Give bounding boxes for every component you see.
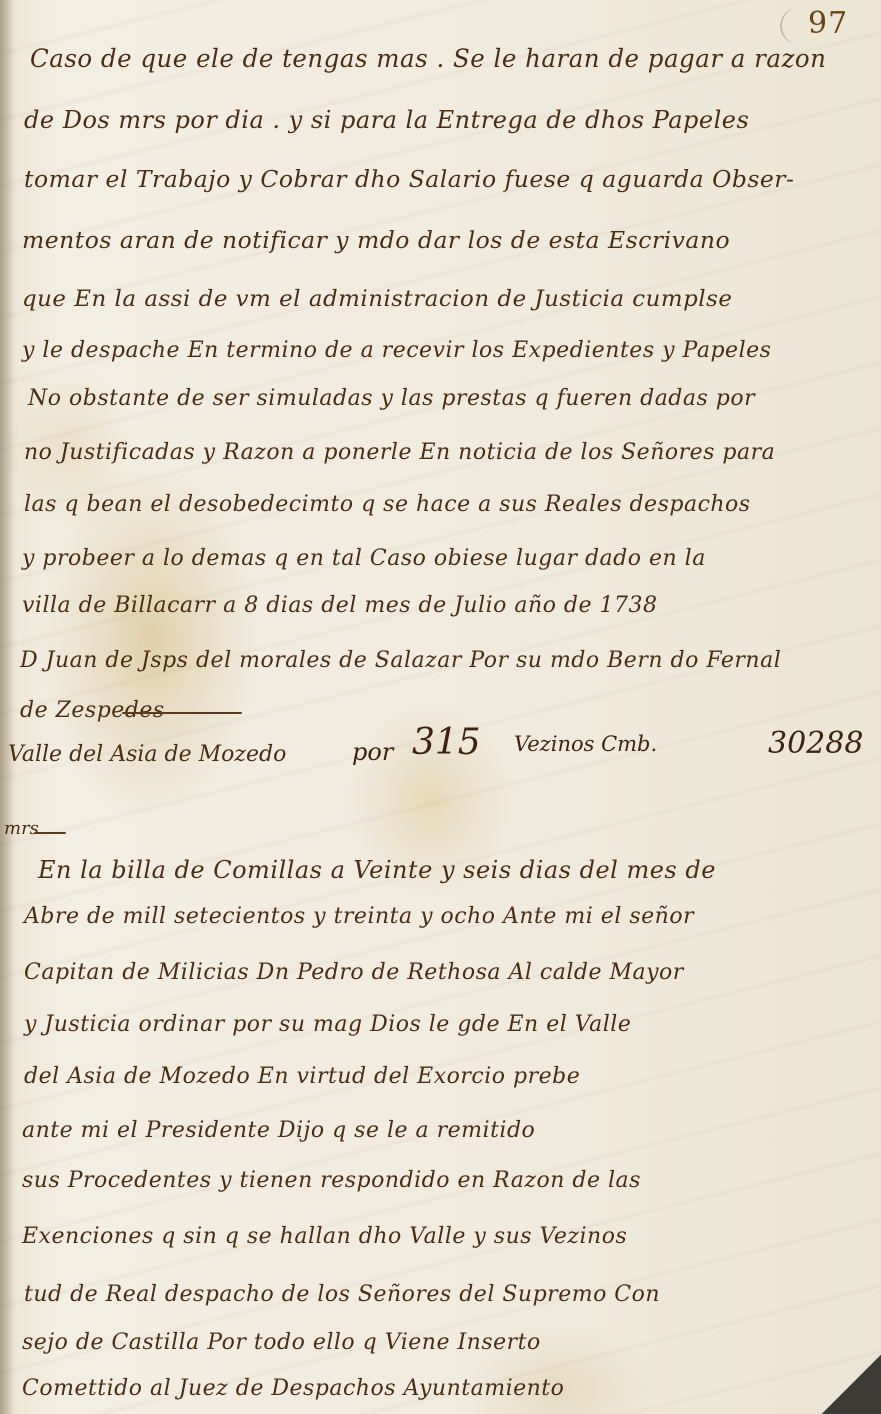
text-line: Exenciones q sin q se hallan dho Valle y… — [22, 1224, 627, 1249]
folio-number: 97 — [808, 6, 848, 41]
text-line: Abre de mill setecientos y treinta y och… — [24, 904, 694, 929]
text-line: Caso de que ele de tengas mas . Se le ha… — [30, 44, 826, 73]
text-line: No obstante de ser simuladas y las prest… — [28, 386, 755, 411]
manuscript-page: 97 Caso de que ele de tengas mas . Se le… — [0, 0, 881, 1414]
folio-bracket-mark — [780, 8, 802, 44]
text-line: Comettido al Juez de Despachos Ayuntamie… — [22, 1376, 564, 1401]
text-line: no Justificadas y Razon a ponerle En not… — [24, 440, 775, 465]
margin-sub-label: mrs — [4, 818, 39, 839]
text-line: del Asia de Mozedo En virtud del Exorcio… — [24, 1064, 580, 1089]
text-line: En la billa de Comillas a Veinte y seis … — [38, 856, 716, 884]
signature-flourish — [122, 712, 242, 714]
text-line: mentos aran de notificar y mdo dar los d… — [22, 228, 730, 254]
vecinos-count: 315 — [412, 722, 481, 763]
text-line: las q bean el desobedecimto q se hace a … — [24, 492, 751, 517]
text-line: tud de Real despacho de los Señores del … — [24, 1282, 660, 1307]
text-line: de Dos mrs por dia . y si para la Entreg… — [24, 106, 749, 134]
signature-line: D Juan de Jsps del morales de Salazar Po… — [20, 648, 781, 673]
text-line: y probeer a lo demas q en tal Caso obies… — [22, 546, 706, 571]
text-line: que En la assi de vm el administracion d… — [22, 287, 732, 312]
margin-label: Valle del Asia de Mozedo — [8, 742, 286, 767]
text-line: sejo de Castilla Por todo ello q Viene I… — [22, 1330, 541, 1355]
text-line: y Justicia ordinar por su mag Dios le gd… — [24, 1012, 631, 1037]
signature-name: de Zespedes — [20, 698, 165, 723]
text-line: sus Procedentes y tienen respondido en R… — [22, 1168, 641, 1193]
margin-dash — [34, 832, 66, 834]
text-line: y le despache En termino de a recevir lo… — [22, 338, 771, 363]
text-line: Capitan de Milicias Dn Pedro de Rethosa … — [24, 960, 684, 985]
torn-corner — [821, 1354, 881, 1414]
amount-value: 30288 — [768, 726, 863, 761]
text-line: ante mi el Presidente Dijo q se le a rem… — [22, 1118, 535, 1143]
por-label: por — [352, 738, 393, 766]
text-line: villa de Billacarr a 8 dias del mes de J… — [22, 593, 658, 618]
vecinos-label: Vezinos Cmb. — [514, 732, 657, 756]
text-line: tomar el Trabajo y Cobrar dho Salario fu… — [24, 167, 794, 193]
binding-shadow — [0, 0, 14, 1414]
